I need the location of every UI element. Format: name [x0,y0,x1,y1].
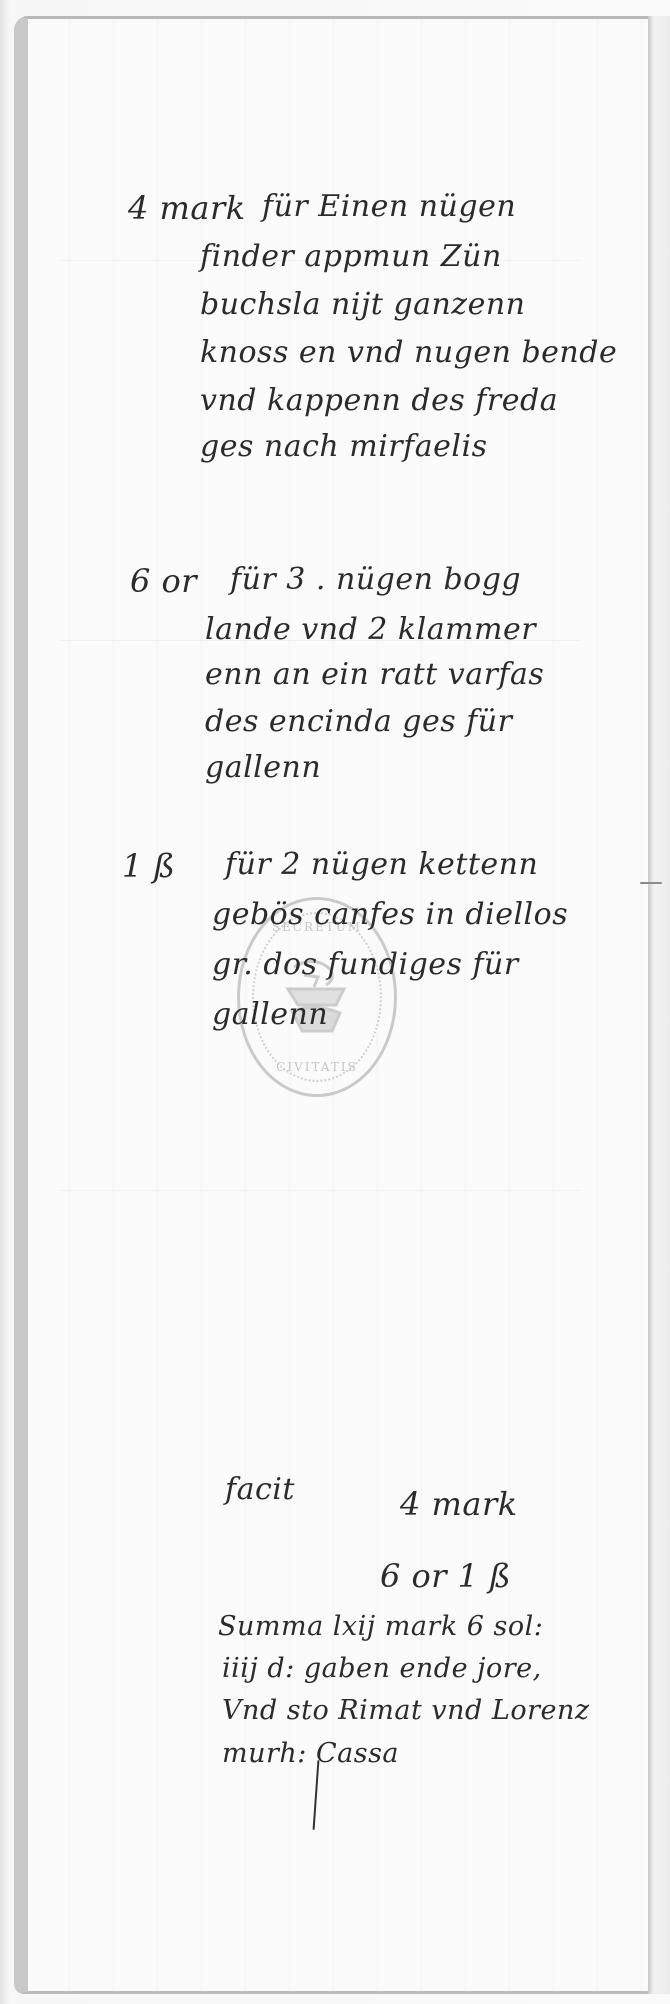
margin-mark [640,882,662,884]
entry-line: finder appmun Zün [200,242,502,272]
entry-line: knoss en vnd nugen bende [200,338,617,368]
entry-line: für Einen nügen [262,192,516,222]
entry-amount: 4 mark [128,192,246,224]
entry-line: für 2 nügen kettenn [225,850,538,880]
bleed-through-line [60,1190,580,1191]
entry-line: gebös canfes in diellos [212,900,568,930]
entry-line: für 3 . nügen bogg [230,565,521,595]
entry-line: gallenn [205,753,321,783]
entry-line: buchsla nijt ganzenn [200,290,525,320]
summa-line: Summa lxij mark 6 sol: [218,1613,543,1640]
stamp-bottom-text: CIVITATIS [276,1060,358,1074]
binding-edge [648,16,670,1994]
entry-line: gr. dos fundiges für [212,950,519,980]
entry-line: lande vnd 2 klammer [205,615,536,645]
entry-line: des encinda ges für [205,707,512,737]
summa-line: murh: Cassa [222,1740,399,1767]
total-amount-mark: 4 mark [400,1488,518,1520]
total-label: facit [225,1475,295,1505]
entry-amount: 6 or [130,565,197,597]
total-amount-or-sol: 6 or 1 ß [380,1560,511,1592]
entry-line: vnd kappenn des freda [200,386,558,416]
entry-line: ges nach mirfaelis [200,432,487,462]
entry-amount: 1 ß [122,850,175,882]
summa-line: Vnd sto Rimat vnd Lorenz [222,1697,590,1724]
entry-line: enn an ein ratt varfas [205,660,544,690]
summa-line: iiij d: gaben ende jore, [222,1655,542,1682]
entry-line: gallenn [212,1000,328,1030]
